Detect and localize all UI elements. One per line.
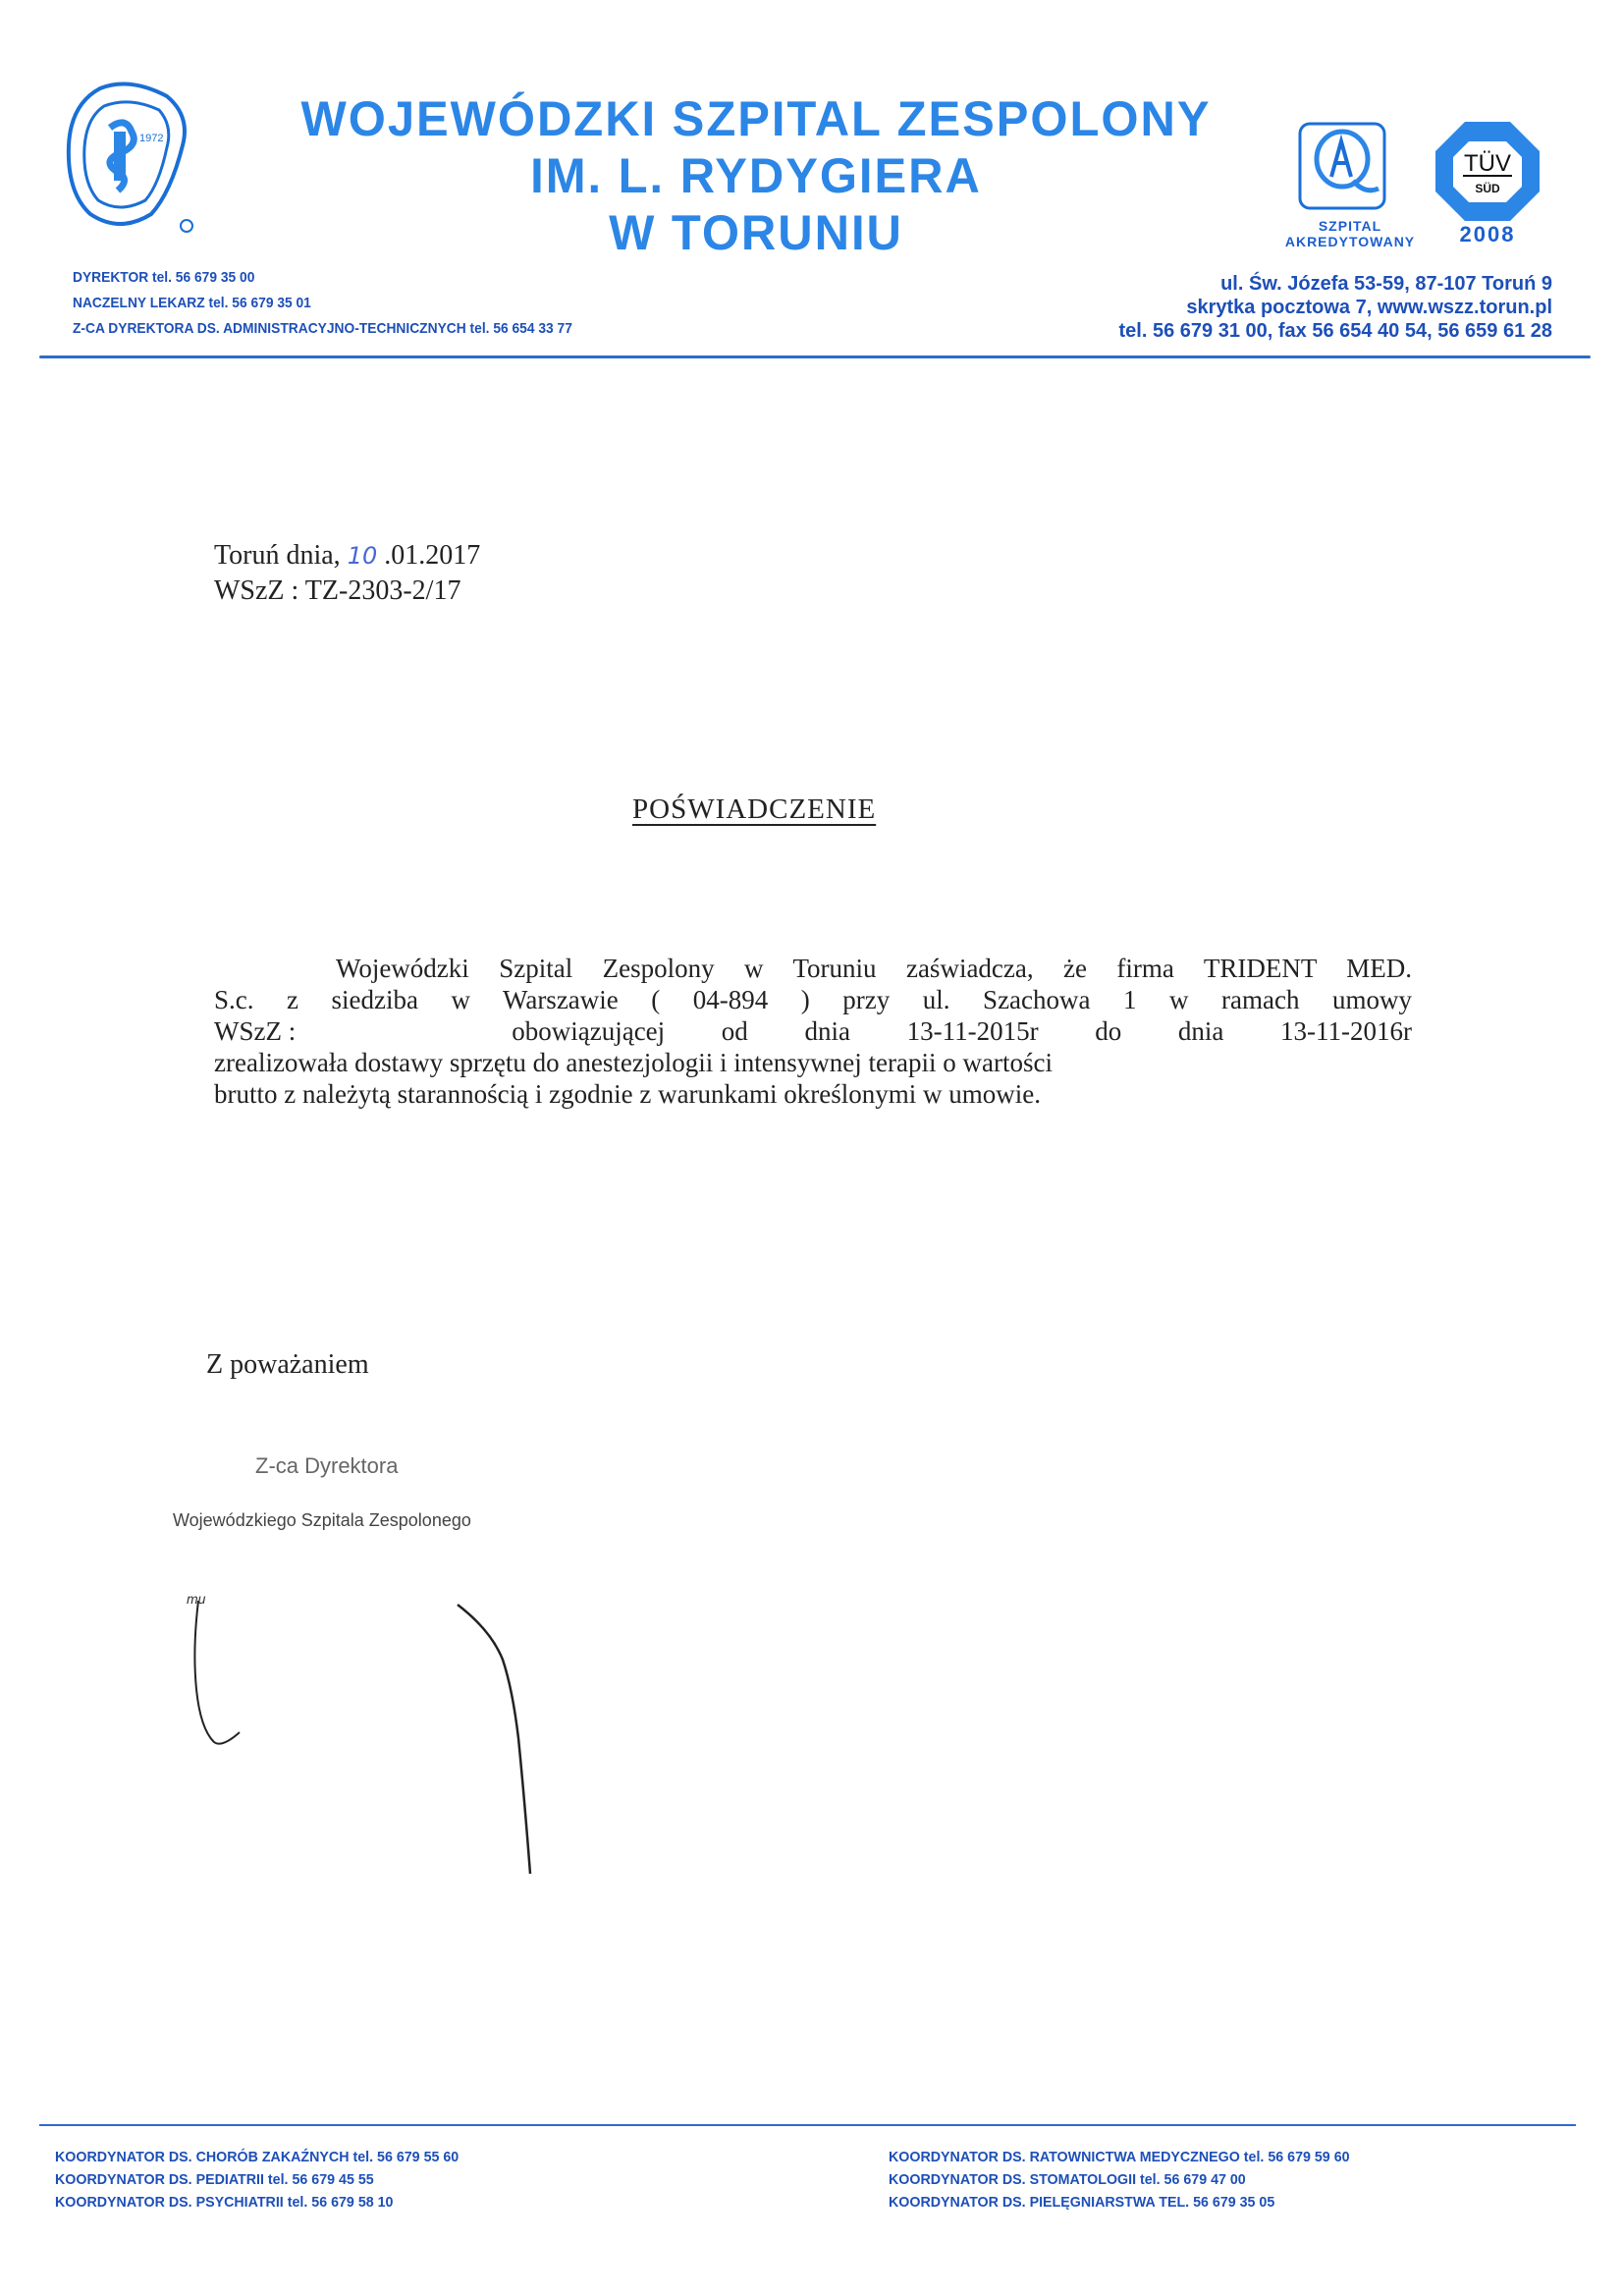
paragraph-line-3: WSzZ : obowiązującej od dnia 13-11-2015r…	[214, 1015, 1412, 1047]
paragraph-line-2: S.c. z siedziba w Warszawie ( 04-894 ) p…	[214, 984, 1412, 1015]
svg-text:SÜD: SÜD	[1475, 181, 1500, 195]
hospital-logo-icon: 1972	[61, 77, 198, 234]
tuv-year: 2008	[1434, 222, 1542, 247]
signature-icon	[157, 1571, 599, 1895]
address-street: ul. Św. Józefa 53-59, 87-107 Toruń 9	[1119, 272, 1552, 296]
place-date: Toruń dnia, 10 .01.2017	[214, 538, 480, 574]
coordinator-psychiatry: KOORDYNATOR DS. PSYCHIATRII tel. 56 679 …	[55, 2191, 459, 2214]
address-pobox-website: skrytka pocztowa 7, www.wszz.torun.pl	[1119, 296, 1552, 319]
paragraph-line-4: zrealizowała dostawy sprzętu do anestezj…	[214, 1047, 1412, 1078]
management-contacts: DYREKTOR tel. 56 679 35 00 NACZELNY LEKA…	[73, 265, 572, 342]
contact-director: DYREKTOR tel. 56 679 35 00	[73, 265, 572, 291]
coordinator-emergency: KOORDYNATOR DS. RATOWNICTWA MEDYCZNEGO t…	[889, 2146, 1350, 2168]
tuv-certification-icon: TÜV SÜD	[1434, 120, 1542, 223]
stamp-title: Z-ca Dyrektora	[255, 1453, 398, 1479]
coordinator-nursing: KOORDYNATOR DS. PIELĘGNIARSTWA TEL. 56 6…	[889, 2191, 1350, 2214]
contact-chief-physician: NACZELNY LEKARZ tel. 56 679 35 01	[73, 291, 572, 316]
letter-date-block: Toruń dnia, 10 .01.2017 WSzZ : TZ-2303-2…	[214, 538, 480, 608]
paragraph-line-1: Wojewódzki Szpital Zespolony w Toruniu z…	[214, 953, 1412, 984]
document-heading: POŚWIADCZENIE	[632, 793, 876, 826]
coordinator-pediatrics: KOORDYNATOR DS. PEDIATRII tel. 56 679 45…	[55, 2168, 459, 2191]
coordinator-infectious: KOORDYNATOR DS. CHORÓB ZAKAŹNYCH tel. 56…	[55, 2146, 459, 2168]
address-phone-fax: tel. 56 679 31 00, fax 56 654 40 54, 56 …	[1119, 319, 1552, 343]
handwritten-day: 10	[348, 542, 378, 570]
reference-number: WSzZ : TZ-2303-2/17	[214, 574, 480, 608]
stamp-institution: Wojewódzkiego Szpitala Zespolonego	[173, 1510, 471, 1531]
certificate-paragraph: Wojewódzki Szpital Zespolony w Toruniu z…	[214, 953, 1412, 1110]
svg-text:TÜV: TÜV	[1464, 150, 1511, 177]
header-divider	[39, 355, 1591, 358]
title-line-3: W TORUNIU	[255, 204, 1256, 261]
contact-deputy-director: Z-CA DYREKTORA DS. ADMINISTRACYJNO-TECHN…	[73, 316, 572, 342]
coordinators-left: KOORDYNATOR DS. CHORÓB ZAKAŹNYCH tel. 56…	[55, 2146, 459, 2214]
title-line-1: WOJEWÓDZKI SZPITAL ZESPOLONY	[255, 90, 1256, 147]
coordinator-dentistry: KOORDYNATOR DS. STOMATOLOGII tel. 56 679…	[889, 2168, 1350, 2191]
title-line-2: IM. L. RYDYGIERA	[255, 147, 1256, 204]
redacted-contract-number	[296, 1015, 512, 1047]
coordinators-right: KOORDYNATOR DS. RATOWNICTWA MEDYCZNEGO t…	[889, 2146, 1350, 2214]
footer-divider	[39, 2124, 1576, 2126]
hospital-address: ul. Św. Józefa 53-59, 87-107 Toruń 9 skr…	[1119, 272, 1552, 343]
closing-salutation: Z poważaniem	[206, 1349, 369, 1381]
svg-text:1972: 1972	[139, 133, 163, 144]
accreditation-icon	[1294, 120, 1392, 213]
paragraph-line-5: brutto z należytą starannością i zgodnie…	[214, 1078, 1412, 1110]
hospital-name: WOJEWÓDZKI SZPITAL ZESPOLONY IM. L. RYDY…	[255, 90, 1256, 261]
accreditation-label: SZPITAL AKREDYTOWANY	[1267, 218, 1434, 249]
